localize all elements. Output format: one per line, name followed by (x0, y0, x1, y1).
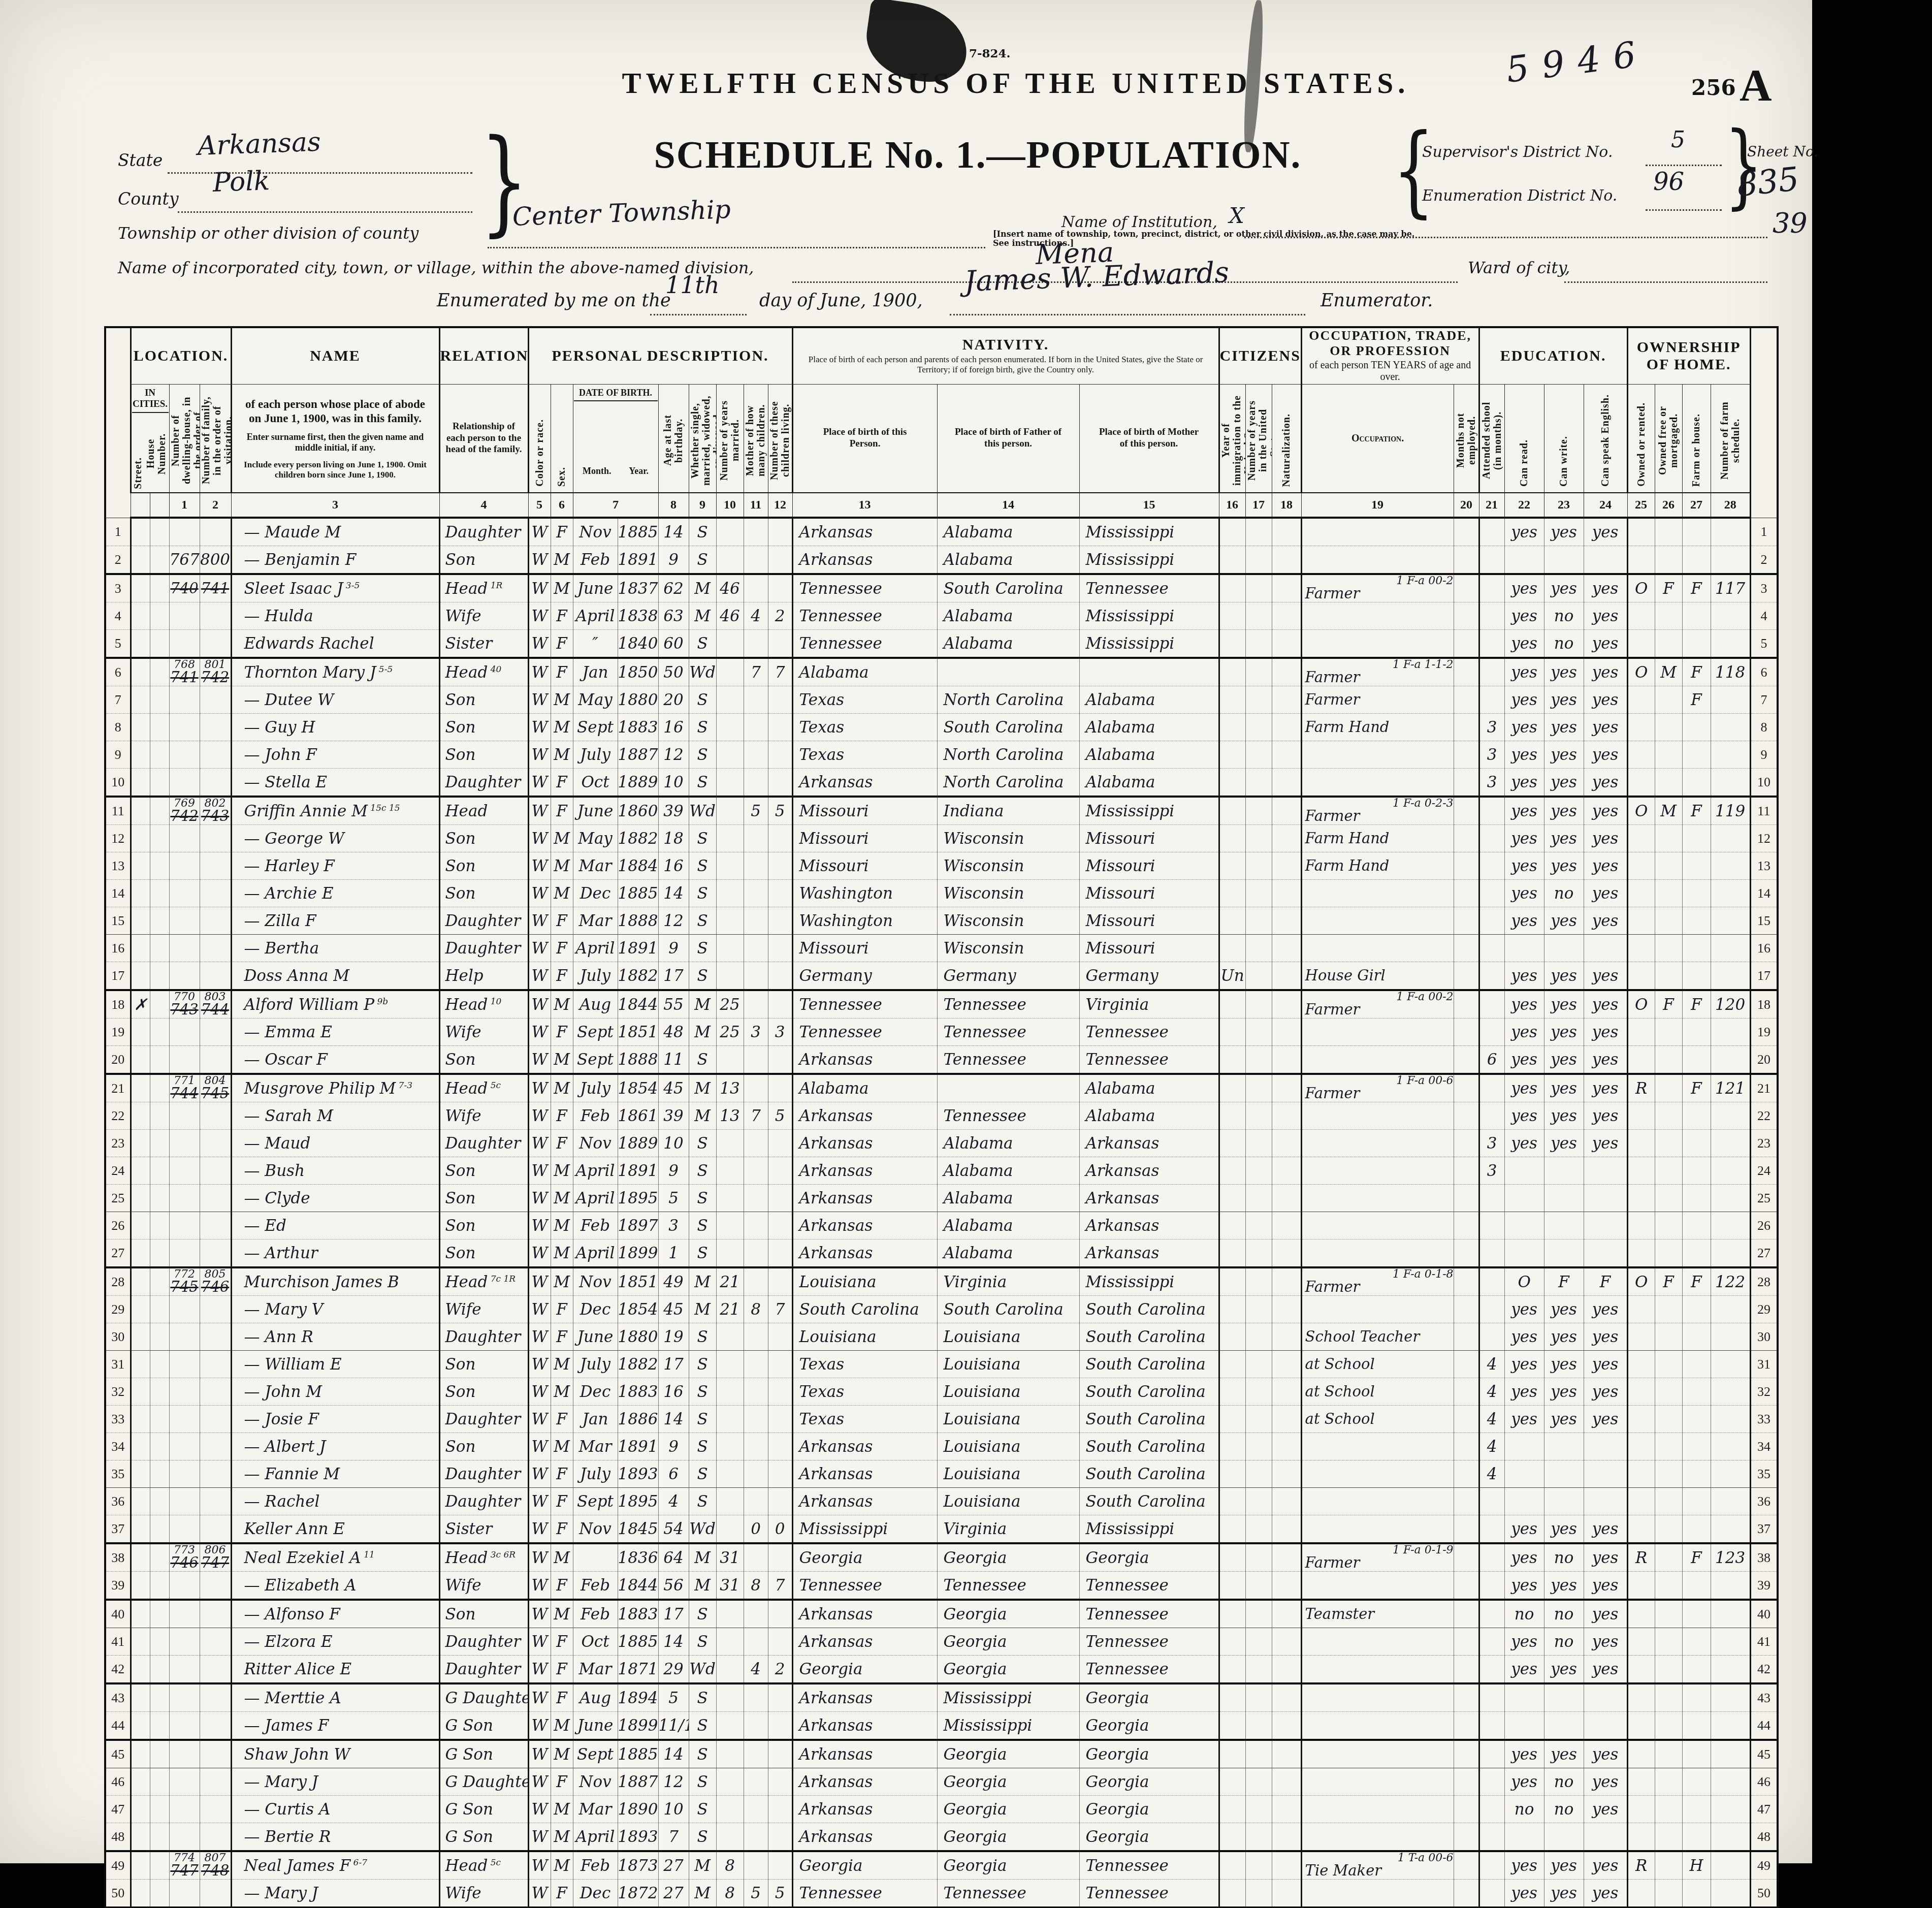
cell-sex: M (551, 546, 573, 575)
cell-mother-of-children (744, 630, 768, 658)
cell-farm-house (1682, 1323, 1711, 1351)
cell-birth-year: 1886 (618, 1406, 658, 1433)
col-marital: Whether single, married, widowed, or div… (689, 385, 716, 493)
cell-birthplace: Arkansas (792, 1600, 937, 1628)
cell-relation: Daughter (439, 1460, 528, 1488)
cell-immigration-year (1219, 1683, 1245, 1712)
cell-marital-status: S (689, 686, 716, 714)
row-number-right: 15 (1750, 907, 1778, 935)
cell-house-number (150, 1656, 169, 1684)
cell-can-write: yes (1544, 852, 1584, 880)
cell-marital-status: M (689, 1543, 716, 1572)
cell-immigration-year (1219, 714, 1245, 741)
column-number: 11 (744, 493, 768, 518)
cell-father-birthplace: Alabama (937, 1130, 1079, 1157)
cell-naturalization (1272, 1185, 1301, 1212)
row-number-right: 9 (1750, 741, 1778, 769)
cell-occupation: 1 F-a 1-1-2Farmer (1301, 658, 1454, 686)
cell-street (131, 1880, 150, 1908)
cell-children-living (768, 546, 792, 575)
cell-can-speak-english: yes (1584, 1406, 1627, 1433)
cell-street (131, 546, 150, 575)
cell-dwelling-number (169, 741, 200, 769)
cell-years-married: 8 (716, 1880, 744, 1908)
cell-birthplace: Tennessee (792, 630, 937, 658)
cell-birth-year: 1888 (618, 1046, 658, 1074)
cell-dwelling-number (169, 602, 200, 630)
cell-children-living (768, 1851, 792, 1880)
cell-sex: M (551, 1212, 573, 1239)
cell-farm-house (1682, 1239, 1711, 1268)
cell-occupation (1301, 630, 1454, 658)
column-number: 25 (1627, 493, 1655, 518)
cell-can-write: yes (1544, 741, 1584, 769)
cell-birth-year: 1851 (618, 1267, 658, 1296)
cell-color-race: W (528, 714, 551, 741)
cell-age: 29 (658, 1656, 689, 1684)
cell-dwelling-number (169, 1157, 200, 1185)
cell-attended-school (1479, 1796, 1504, 1823)
cell-can-read (1504, 1185, 1544, 1212)
cell-family-number (200, 1572, 231, 1600)
cell-birth-year: 1885 (618, 1628, 658, 1656)
cell-color-race: W (528, 1239, 551, 1268)
cell-sex: F (551, 769, 573, 797)
cell-birthplace: Texas (792, 1406, 937, 1433)
cell-color-race: W (528, 1185, 551, 1212)
group-occupation: OCCUPATION, TRADE, OR PROFESSION of each… (1301, 327, 1479, 385)
cell-years-in-us (1245, 1212, 1272, 1239)
cell-years-married (716, 630, 744, 658)
cell-color-race: W (528, 1046, 551, 1074)
cell-dwelling-number (169, 1515, 200, 1544)
cell-years-in-us (1245, 797, 1272, 825)
cell-farm-schedule (1711, 741, 1750, 769)
cell-children-living (768, 990, 792, 1019)
cell-dwelling-number: 769742 (169, 797, 200, 825)
cell-mother-of-children: 5 (744, 1880, 768, 1908)
cell-can-read (1504, 546, 1544, 575)
cell-color-race: W (528, 1600, 551, 1628)
cell-years-in-us (1245, 658, 1272, 686)
cell-can-read: yes (1504, 1543, 1544, 1572)
cell-mother-birthplace: Georgia (1079, 1740, 1219, 1768)
col-read: Can read. (1504, 385, 1544, 493)
cell-mother-birthplace: Tennessee (1079, 1851, 1219, 1880)
cell-birth-month: Nov (573, 1267, 618, 1296)
cell-house-number (150, 1572, 169, 1600)
cell-years-married (716, 1823, 744, 1852)
cell-birth-year: 1899 (618, 1239, 658, 1268)
cell-years-in-us (1245, 880, 1272, 907)
cell-birthplace: Arkansas (792, 1046, 937, 1074)
cell-occupation (1301, 1740, 1454, 1768)
cell-dwelling-number (169, 1628, 200, 1656)
row-number-right: 28 (1750, 1267, 1778, 1296)
cell-family-number (200, 1628, 231, 1656)
cell-house-number (150, 852, 169, 880)
cell-street (131, 1600, 150, 1628)
cell-sex: M (551, 852, 573, 880)
cell-dwelling-number (169, 518, 200, 546)
cell-age: 56 (658, 1572, 689, 1600)
cell-birth-month: April (573, 1157, 618, 1185)
cell-attended-school (1479, 1019, 1504, 1046)
cell-can-read: yes (1504, 574, 1544, 602)
cell-farm-schedule (1711, 769, 1750, 797)
cell-mother-of-children (744, 1406, 768, 1433)
col-year: Year. (629, 466, 649, 476)
cell-mother-of-children (744, 769, 768, 797)
cell-age: 12 (658, 1768, 689, 1796)
cell-name: — Hulda (231, 602, 439, 630)
cell-attended-school: 3 (1479, 1130, 1504, 1157)
cell-color-race: W (528, 1628, 551, 1656)
column-number: 15 (1079, 493, 1219, 518)
cell-can-speak-english: yes (1584, 1019, 1627, 1046)
cell-age: 39 (658, 797, 689, 825)
stamp-letter: A (1740, 60, 1772, 111)
cell-owned-rented (1627, 1212, 1655, 1239)
cell-birth-month: Dec (573, 880, 618, 907)
table-row: 22— Sarah MWifeWFFeb186139M1375ArkansasT… (105, 1102, 1778, 1130)
table-row: 2767800— Benjamin FSonWMFeb18919SArkansa… (105, 546, 1778, 575)
cell-owned-rented (1627, 1656, 1655, 1684)
cell-father-birthplace: Alabama (937, 546, 1079, 575)
cell-sex: F (551, 1296, 573, 1323)
cell-can-speak-english: yes (1584, 880, 1627, 907)
cell-birthplace: Missouri (792, 935, 937, 962)
cell-color-race: W (528, 1851, 551, 1880)
cell-street (131, 1683, 150, 1712)
cell-naturalization (1272, 1074, 1301, 1102)
cell-occupation (1301, 1572, 1454, 1600)
cell-years-in-us (1245, 1296, 1272, 1323)
cell-can-read: yes (1504, 1768, 1544, 1796)
cell-immigration-year (1219, 1823, 1245, 1852)
cell-family-number: 806747 (200, 1543, 231, 1572)
cell-can-read: yes (1504, 1740, 1544, 1768)
cell-dwelling-number (169, 769, 200, 797)
cell-sex: M (551, 880, 573, 907)
cell-father-birthplace: Wisconsin (937, 935, 1079, 962)
cell-birth-year: 1885 (618, 518, 658, 546)
cell-owned-rented (1627, 714, 1655, 741)
cell-street (131, 907, 150, 935)
cell-house-number (150, 1712, 169, 1740)
cell-owned-rented (1627, 1880, 1655, 1908)
cell-birthplace: Arkansas (792, 1796, 937, 1823)
cell-birthplace: Tennessee (792, 1572, 937, 1600)
cell-mother-of-children: 3 (744, 1019, 768, 1046)
cell-family-number: 741 (200, 574, 231, 602)
cell-house-number (150, 1851, 169, 1880)
row-number-left: 6 (105, 658, 131, 686)
row-number-right: 22 (1750, 1102, 1778, 1130)
cell-family-number (200, 1460, 231, 1488)
cell-farm-house: F (1682, 1267, 1711, 1296)
cell-years-married (716, 1433, 744, 1460)
cell-can-read: yes (1504, 741, 1544, 769)
cell-can-write: yes (1544, 825, 1584, 852)
cell-birth-month: Aug (573, 1683, 618, 1712)
cell-birthplace: Texas (792, 714, 937, 741)
cell-mother-birthplace: Georgia (1079, 1683, 1219, 1712)
cell-attended-school (1479, 1296, 1504, 1323)
cell-years-married (716, 769, 744, 797)
cell-age: 54 (658, 1515, 689, 1544)
cell-years-married (716, 1212, 744, 1239)
cell-occupation (1301, 1768, 1454, 1796)
cell-attended-school (1479, 1823, 1504, 1852)
row-number-right: 30 (1750, 1323, 1778, 1351)
cell-name: — Ed (231, 1212, 439, 1239)
cell-months-not-employed (1454, 1157, 1479, 1185)
cell-dwelling-number (169, 1656, 200, 1684)
cell-farm-house: F (1682, 1074, 1711, 1102)
cell-free-mortgaged: M (1655, 797, 1682, 825)
cell-months-not-employed (1454, 1074, 1479, 1102)
cell-occupation: 1 F-a 0-2-3Farmer (1301, 797, 1454, 825)
cell-mother-birthplace: South Carolina (1079, 1488, 1219, 1515)
cell-farm-schedule (1711, 1351, 1750, 1378)
cell-naturalization (1272, 1019, 1301, 1046)
cell-name: — Rachel (231, 1488, 439, 1515)
cell-occupation (1301, 1823, 1454, 1852)
cell-birth-year: 1844 (618, 990, 658, 1019)
cell-age: 16 (658, 714, 689, 741)
cell-mother-birthplace: Mississippi (1079, 1267, 1219, 1296)
cell-family-number (200, 1157, 231, 1185)
cell-can-write: F (1544, 1267, 1584, 1296)
cell-attended-school (1479, 1572, 1504, 1600)
cell-father-birthplace: Alabama (937, 1239, 1079, 1268)
cell-naturalization (1272, 1157, 1301, 1185)
cell-mother-birthplace: Missouri (1079, 935, 1219, 962)
cell-free-mortgaged (1655, 1378, 1682, 1406)
cell-marital-status: S (689, 1212, 716, 1239)
cell-father-birthplace: Indiana (937, 797, 1079, 825)
cell-farm-house (1682, 1130, 1711, 1157)
cell-children-living: 7 (768, 658, 792, 686)
enumeration-district-label: Enumeration District No. (1422, 187, 1617, 205)
cell-attended-school (1479, 880, 1504, 907)
col-free: Owned free or mortgaged. (1655, 385, 1682, 493)
cell-children-living: 5 (768, 797, 792, 825)
cell-children-living (768, 1239, 792, 1268)
cell-months-not-employed (1454, 1378, 1479, 1406)
cell-can-write: yes (1544, 1572, 1584, 1600)
table-row: 25— ClydeSonWMApril18955SArkansasAlabama… (105, 1185, 1778, 1212)
cell-age: 50 (658, 658, 689, 686)
cell-months-not-employed (1454, 1796, 1479, 1823)
cell-can-read: yes (1504, 797, 1544, 825)
cell-dwelling-number (169, 1460, 200, 1488)
cell-birth-month: April (573, 1185, 618, 1212)
cell-birthplace: Arkansas (792, 1628, 937, 1656)
cell-father-birthplace (937, 658, 1079, 686)
cell-can-write: yes (1544, 1046, 1584, 1074)
row-number-right: 49 (1750, 1851, 1778, 1880)
cell-can-read: yes (1504, 1351, 1544, 1378)
cell-farm-house (1682, 1102, 1711, 1130)
cell-free-mortgaged (1655, 1046, 1682, 1074)
cell-farm-house (1682, 1712, 1711, 1740)
cell-family-number: 802743 (200, 797, 231, 825)
cell-family-number (200, 1796, 231, 1823)
cell-mother-birthplace: Alabama (1079, 686, 1219, 714)
cell-marital-status: S (689, 935, 716, 962)
cell-name: Murchison James B (231, 1267, 439, 1296)
cell-farm-house (1682, 935, 1711, 962)
group-nativity: NATIVITY. Place of birth of each person … (792, 327, 1219, 385)
cell-house-number (150, 1628, 169, 1656)
cell-can-speak-english: yes (1584, 630, 1627, 658)
col-immigration: Year of immigration to the United States… (1219, 385, 1245, 493)
cell-name: — Mary J (231, 1880, 439, 1908)
cell-free-mortgaged (1655, 1796, 1682, 1823)
cell-naturalization (1272, 1460, 1301, 1488)
cell-owned-rented (1627, 1600, 1655, 1628)
col-dwelling: Number of dwelling-house, in the order o… (169, 385, 200, 493)
cell-birthplace: Arkansas (792, 1768, 937, 1796)
table-row: 45Shaw John WG SonWMSept188514SArkansasG… (105, 1740, 1778, 1768)
cell-occupation: at School (1301, 1406, 1454, 1433)
cell-months-not-employed (1454, 1267, 1479, 1296)
cell-years-married (716, 1130, 744, 1157)
cell-birth-month: July (573, 741, 618, 769)
cell-can-write: yes (1544, 658, 1584, 686)
col-years-married: Number of years married. (716, 385, 744, 493)
cell-free-mortgaged (1655, 714, 1682, 741)
cell-years-married: 25 (716, 990, 744, 1019)
cell-free-mortgaged (1655, 1130, 1682, 1157)
cell-street (131, 1378, 150, 1406)
cell-immigration-year (1219, 1768, 1245, 1796)
cell-months-not-employed (1454, 880, 1479, 907)
table-row: 32— John MSonWMDec188316STexasLouisianaS… (105, 1378, 1778, 1406)
table-row: 13— Harley FSonWMMar188416SMissouriWisco… (105, 852, 1778, 880)
cell-name: — Mary J (231, 1768, 439, 1796)
cell-mother-of-children (744, 1185, 768, 1212)
cell-dwelling-number: 773746 (169, 1543, 200, 1572)
cell-marital-status: S (689, 1185, 716, 1212)
cell-years-in-us (1245, 962, 1272, 991)
cell-can-read: yes (1504, 1102, 1544, 1130)
cell-attended-school (1479, 546, 1504, 575)
cell-house-number (150, 1130, 169, 1157)
cell-years-married (716, 1460, 744, 1488)
cell-mother-of-children (744, 574, 768, 602)
table-row: 31— William ESonWMJuly188217STexasLouisi… (105, 1351, 1778, 1378)
cell-free-mortgaged (1655, 1712, 1682, 1740)
cell-family-number (200, 686, 231, 714)
cell-relation: Help (439, 962, 528, 991)
cell-birthplace: Tennessee (792, 602, 937, 630)
cell-house-number (150, 1157, 169, 1185)
cell-mother-of-children (744, 714, 768, 741)
cell-marital-status: M (689, 990, 716, 1019)
cell-owned-rented (1627, 1823, 1655, 1852)
cell-farm-house: F (1682, 658, 1711, 686)
schedule-title: SCHEDULE No. 1.—POPULATION. (584, 133, 1371, 177)
cell-immigration-year (1219, 1851, 1245, 1880)
cell-mother-of-children (744, 1740, 768, 1768)
cell-dwelling-number (169, 1185, 200, 1212)
cell-color-race: W (528, 935, 551, 962)
cell-farm-schedule (1711, 1683, 1750, 1712)
cell-can-speak-english: yes (1584, 1296, 1627, 1323)
cell-dwelling-number (169, 1019, 200, 1046)
cell-age: 7 (658, 1823, 689, 1852)
cell-immigration-year (1219, 1460, 1245, 1488)
cell-sex: F (551, 935, 573, 962)
cell-birthplace: Georgia (792, 1543, 937, 1572)
cell-months-not-employed (1454, 658, 1479, 686)
row-number-right: 39 (1750, 1572, 1778, 1600)
cell-free-mortgaged (1655, 769, 1682, 797)
cell-age: 14 (658, 1628, 689, 1656)
cell-color-race: W (528, 1378, 551, 1406)
cell-attended-school (1479, 935, 1504, 962)
cell-years-married (716, 658, 744, 686)
cell-sex: M (551, 1796, 573, 1823)
cell-mother-of-children: 8 (744, 1572, 768, 1600)
cell-name: — John F (231, 741, 439, 769)
cell-owned-rented (1627, 1515, 1655, 1544)
cell-name: — Bertie R (231, 1823, 439, 1852)
cell-street (131, 962, 150, 991)
cell-years-in-us (1245, 741, 1272, 769)
cell-marital-status: M (689, 1102, 716, 1130)
cell-father-birthplace: North Carolina (937, 686, 1079, 714)
cell-farm-house (1682, 825, 1711, 852)
cell-father-birthplace: Wisconsin (937, 880, 1079, 907)
cell-street (131, 1851, 150, 1880)
cell-farm-schedule (1711, 1656, 1750, 1684)
cell-can-read: yes (1504, 769, 1544, 797)
column-number: 10 (716, 493, 744, 518)
cell-age: 10 (658, 1796, 689, 1823)
cell-mother-birthplace: Mississippi (1079, 518, 1219, 546)
cell-farm-house: H (1682, 1851, 1711, 1880)
cell-years-in-us (1245, 1515, 1272, 1544)
cell-dwelling-number (169, 1572, 200, 1600)
col-pob: Place of birth of this Person. (792, 385, 937, 493)
cell-immigration-year (1219, 1515, 1245, 1544)
cell-naturalization (1272, 797, 1301, 825)
cell-father-birthplace: Georgia (937, 1740, 1079, 1768)
cell-birth-month: Oct (573, 1628, 618, 1656)
cell-age: 17 (658, 1600, 689, 1628)
col-sex: Sex. (551, 385, 573, 493)
cell-free-mortgaged (1655, 1351, 1682, 1378)
cell-birthplace: Arkansas (792, 1712, 937, 1740)
cell-farm-schedule (1711, 852, 1750, 880)
cell-farm-house (1682, 1406, 1711, 1433)
cell-free-mortgaged (1655, 1433, 1682, 1460)
row-number-left: 2 (105, 546, 131, 575)
cell-mother-birthplace: Alabama (1079, 1074, 1219, 1102)
cell-free-mortgaged (1655, 1323, 1682, 1351)
enumerated-post: Enumerator. (1321, 291, 1433, 311)
cell-mother-of-children (744, 907, 768, 935)
cell-father-birthplace: Tennessee (937, 1046, 1079, 1074)
cell-name: — Stella E (231, 769, 439, 797)
row-number-right: 12 (1750, 825, 1778, 852)
cell-years-in-us (1245, 1572, 1272, 1600)
cell-can-speak-english: yes (1584, 1628, 1627, 1656)
